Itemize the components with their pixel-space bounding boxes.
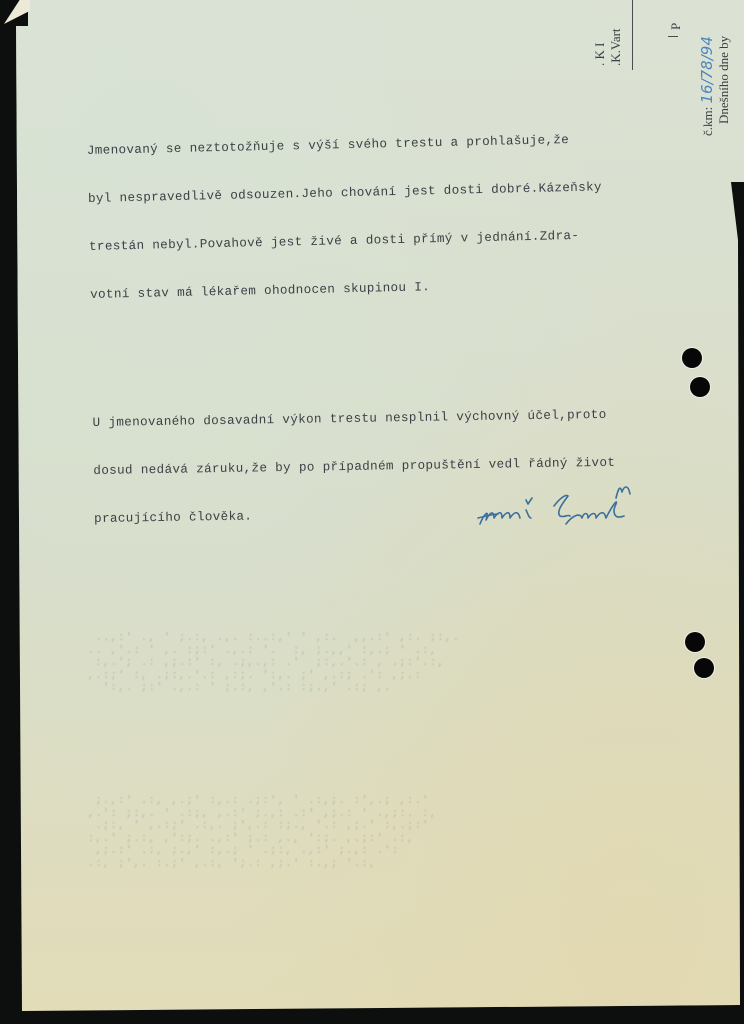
margin-rule-line	[632, 0, 633, 70]
text-line: Jmenovaný se neztotožňuje s výší svého t…	[87, 131, 601, 159]
margin-text-k: . K I	[592, 43, 608, 66]
bleed-through-text-block: ..,:' ., ' ;.:, .,. :..:,' ' ,:. ,,.:' ,…	[80, 632, 460, 695]
handwritten-signature	[476, 474, 666, 534]
text-line: votní stav má lékařem ohodnocen skupinou…	[90, 275, 604, 303]
bleed-through-text-block: ;.,:' .:, ,.;' :,.: .;:', ' .:,;. :',.; …	[80, 795, 437, 870]
punch-hole	[682, 348, 702, 368]
ckm-label: č.km:	[700, 107, 715, 136]
text-line: byl nespravedlivě odsouzen.Jeho chování …	[88, 179, 602, 207]
text-line: trestán nebyl.Povahově jest živé a dosti…	[89, 227, 603, 255]
margin-text-dnesniho: Dnešního dne by	[716, 36, 732, 124]
punch-hole	[694, 658, 714, 678]
margin-text-p: P	[668, 23, 684, 30]
margin-text-vart: .K.Vart	[608, 28, 624, 66]
handwritten-file-number: 16/78/94	[698, 36, 716, 103]
punch-hole	[685, 632, 705, 652]
margin-dash	[668, 36, 678, 37]
margin-text-ckm: č.km: 16/78/94	[698, 36, 716, 136]
punch-hole	[690, 377, 710, 397]
paragraph-assessment: Jmenovaný se neztotožňuje s výší svého t…	[86, 99, 605, 319]
text-line: U jmenovaného dosavadní výkon trestu nes…	[93, 407, 615, 431]
